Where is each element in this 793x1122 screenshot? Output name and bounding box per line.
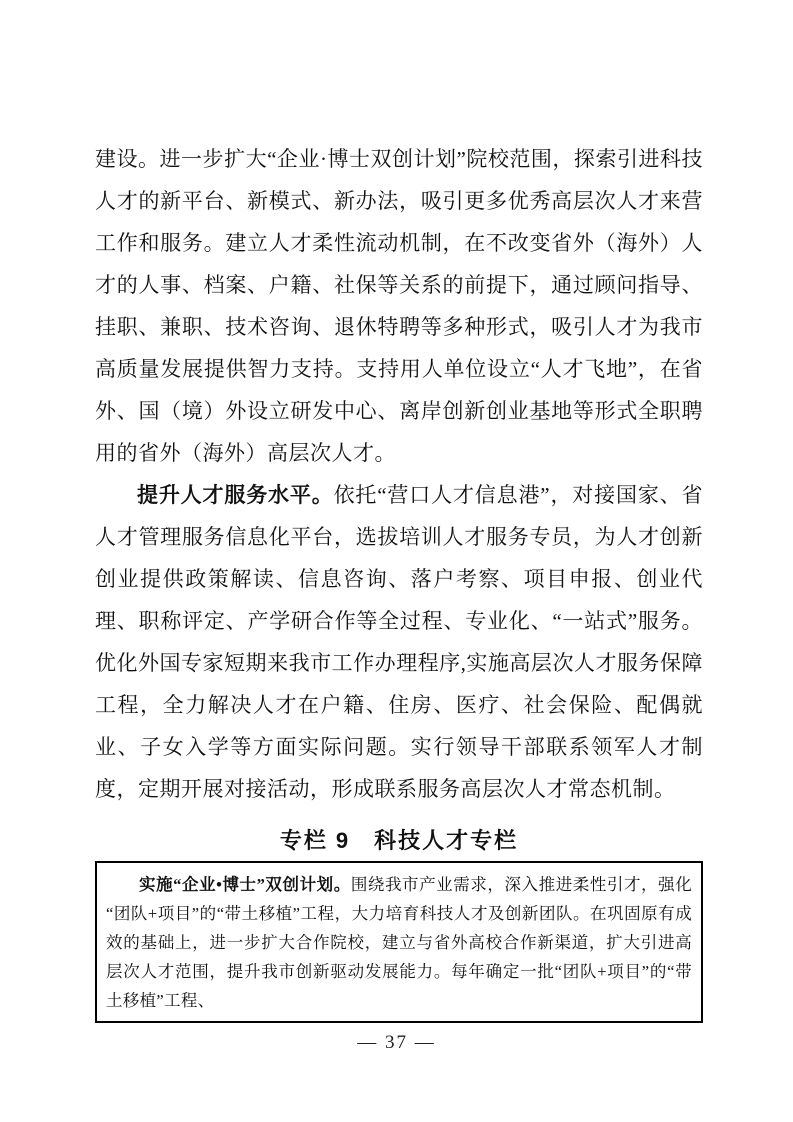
paragraph-continuation-text: 建设。进一步扩大“企业·博士双创计划”院校范围，探索引进科技人才的新平台、新模式… <box>95 147 703 465</box>
text-block: 建设。进一步扩大“企业·博士双创计划”院校范围，探索引进科技人才的新平台、新模式… <box>95 138 703 1023</box>
column-box-paragraph-lead: 实施“企业•博士”双创计划。 <box>139 875 351 894</box>
paragraph-talent-service-text: 依托“营口人才信息港”，对接国家、省人才管理服务信息化平台，选拔培训人才服务专员… <box>95 483 703 801</box>
column-box-paragraph: 实施“企业•博士”双创计划。围绕我市产业需求，深入推进柔性引才，强化“团队+项目… <box>106 870 692 1015</box>
paragraph-talent-service-lead: 提升人才服务水平。 <box>137 483 334 507</box>
document-page: 建设。进一步扩大“企业·博士双创计划”院校范围，探索引进科技人才的新平台、新模式… <box>0 0 793 1122</box>
column-box: 实施“企业•博士”双创计划。围绕我市产业需求，深入推进柔性引才，强化“团队+项目… <box>95 861 703 1023</box>
column-heading: 专栏 9 科技人才专栏 <box>95 824 703 855</box>
paragraph-talent-service: 提升人才服务水平。依托“营口人才信息港”，对接国家、省人才管理服务信息化平台，选… <box>95 474 703 810</box>
paragraph-continuation: 建设。进一步扩大“企业·博士双创计划”院校范围，探索引进科技人才的新平台、新模式… <box>95 138 703 474</box>
column-box-paragraph-text: 围绕我市产业需求，深入推进柔性引才，强化“团队+项目”的“带土移植”工程，大力培… <box>106 875 692 1010</box>
page-number: — 37 — <box>0 1032 793 1054</box>
